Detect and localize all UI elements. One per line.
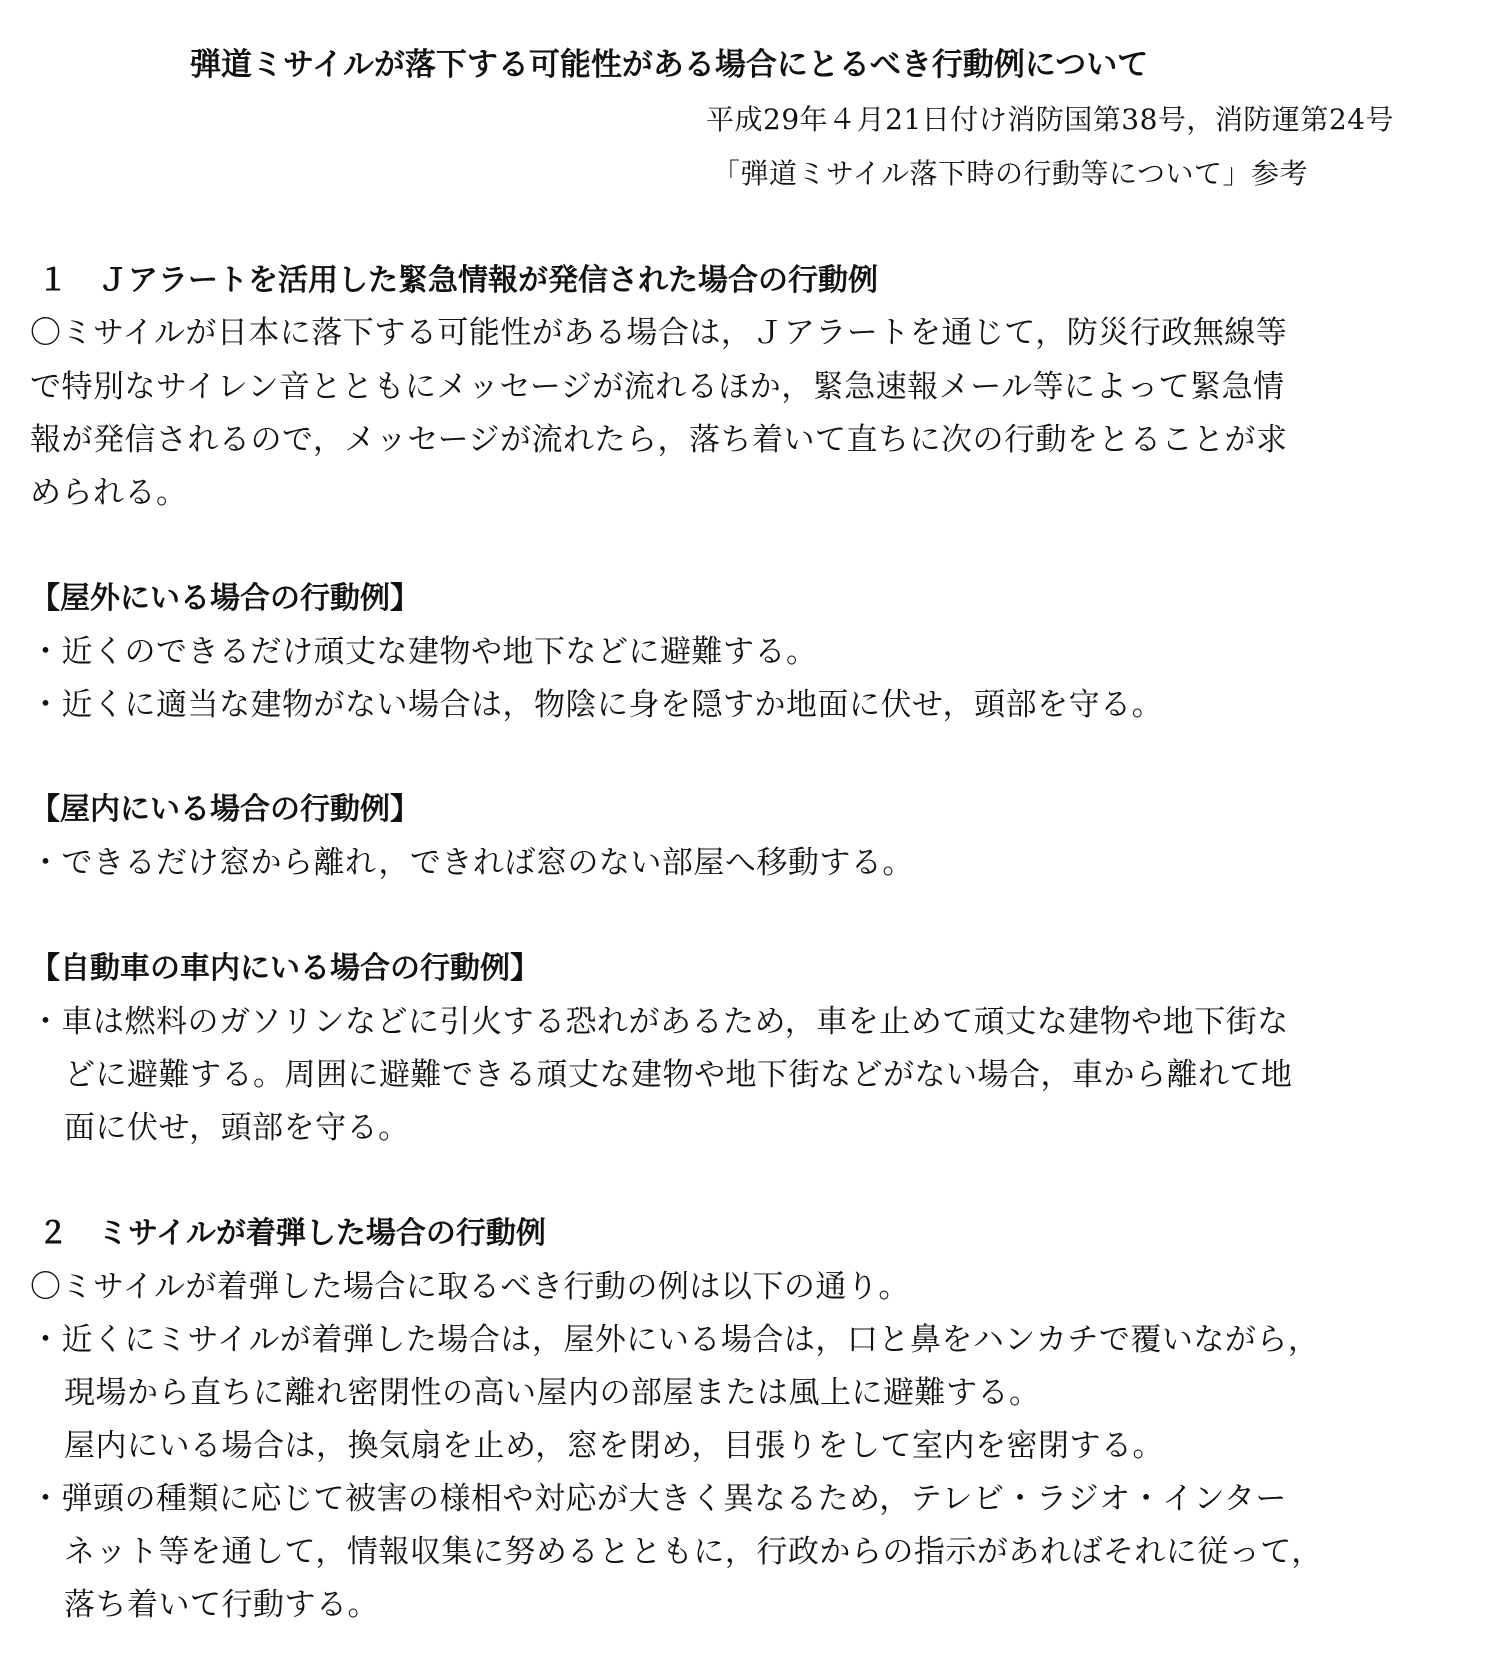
car-bullet-line: 面に伏せ，頭部を守る。 [64,1113,410,1144]
reference-line-source-title: 「弾道ミサイル落下時の行動等について」参考 [712,160,1308,188]
section-2-bullet-line: ・弾頭の種類に応じて被害の様相や対応が大きく異なるため，テレビ・ラジオ・インター [30,1484,1287,1515]
section-2-bullet-line: 屋内にいる場合は，換気扇を止め，窓を閉め，目張りをして室内を密閉する。 [64,1431,1164,1462]
reference-line-notice-number: 平成29年４月21日付け消防国第38号，消防運第24号 [706,106,1394,134]
section-1-intro-line: 〇ミサイルが日本に落下する可能性がある場合は，Ｊアラートを通じて，防災行政無線等 [30,318,1287,349]
section-1-intro-line: で特別なサイレン音とともにメッセージが流れるほか，緊急速報メール等によって緊急情 [30,372,1285,403]
section-2-intro-line: 〇ミサイルが着弾した場合に取るべき行動の例は以下の通り。 [30,1272,910,1303]
section-2-bullet-line: 現場から直ちに離れ密閉性の高い屋内の部屋または風上に避難する。 [64,1378,1041,1409]
outdoor-subsection-heading: 【屋外にいる場合の行動例】 [30,584,420,614]
indoor-bullet: ・できるだけ窓から離れ，できれば窓のない部屋へ移動する。 [30,848,914,879]
car-bullet-line: ・車は燃料のガソリンなどに引火する恐れがあるため，車を止めて頑丈な建物や地下街な [30,1007,1289,1038]
section-2-bullet-line: 落ち着いて行動する。 [64,1590,379,1621]
section-1-heading: １ Ｊアラートを活用した緊急情報が発信された場合の行動例 [38,266,878,296]
document-page: 弾道ミサイルが落下する可能性がある場合にとるべき行動例について 平成29年４月2… [0,0,1500,1656]
section-1-intro-line: められる。 [30,478,188,509]
outdoor-bullet: ・近くのできるだけ頑丈な建物や地下などに避難する。 [30,637,818,668]
section-2-bullet-line: ・近くにミサイルが着弾した場合は，屋外にいる場合は，口と鼻をハンカチで覆いながら… [30,1325,1319,1356]
document-title: 弾道ミサイルが落下する可能性がある場合にとるべき行動例について [190,50,1148,81]
outdoor-bullet: ・近くに適当な建物がない場合は，物陰に身を隠すか地面に伏せ，頭部を守る。 [30,690,1163,721]
section-1-intro-line: 報が発信されるので，メッセージが流れたら，落ち着いて直ちに次の行動をとることが求 [30,425,1288,456]
section-2-heading: ２ ミサイルが着弾した場合の行動例 [38,1219,546,1249]
indoor-subsection-heading: 【屋内にいる場合の行動例】 [30,795,420,825]
car-bullet-line: どに避難する。周囲に避難できる頑丈な建物や地下街などがない場合，車から離れて地 [64,1060,1293,1091]
section-2-bullet-line: ネット等を通して，情報収集に努めるとともに，行政からの指示があればそれに従って， [64,1537,1323,1568]
car-subsection-heading: 【自動車の車内にいる場合の行動例】 [30,954,540,984]
